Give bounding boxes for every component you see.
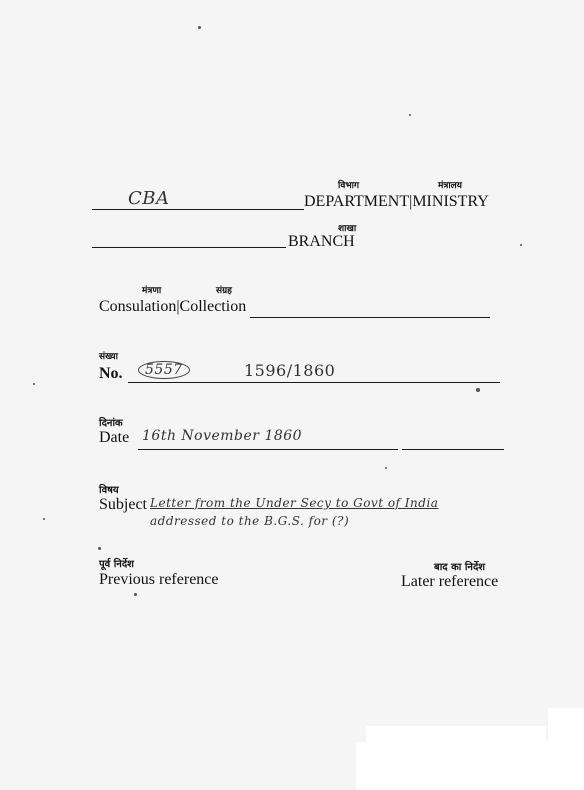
whiteout-patch [548, 708, 584, 748]
scan-speck [33, 383, 35, 385]
subject-hindi-label: विषय [99, 482, 119, 496]
scan-speck [476, 388, 480, 392]
consultation-collection-label: Consulation|Collection [99, 298, 246, 316]
subject-value-line2: addressed to the B.G.S. for (?) [150, 514, 349, 528]
whiteout-patch [356, 742, 584, 790]
consultation-underline [250, 317, 490, 318]
scan-speck [43, 518, 45, 520]
scan-speck [520, 244, 522, 246]
department-ministry-label: DEPARTMENT|MINISTRY [304, 193, 489, 211]
scan-speck [198, 26, 201, 29]
number-value: 1596/1860 [244, 361, 335, 380]
date-label: Date [99, 429, 129, 447]
whiteout-patch [366, 726, 546, 746]
scan-speck [98, 547, 101, 550]
department-underline [92, 209, 304, 210]
number-label: No. [99, 365, 123, 383]
collection-hindi-label: संग्रह [216, 283, 232, 296]
previous-reference-label: Previous reference [99, 571, 219, 589]
number-underline [128, 382, 500, 383]
previous-reference-hindi-label: पूर्व निर्देश [99, 556, 134, 570]
number-hindi-label: संख्या [99, 349, 118, 362]
date-hindi-label: दिनांक [99, 415, 123, 429]
later-reference-hindi-label: बाद का निर्देश [434, 559, 485, 573]
date-underline-2 [402, 449, 504, 450]
department-hindi-label: विभाग [338, 178, 359, 191]
file-cover-page: CBA विभाग मंत्रालय DEPARTMENT|MINISTRY श… [0, 0, 584, 790]
later-reference-label: Later reference [401, 573, 498, 591]
department-value: CBA [128, 188, 170, 209]
subject-value-line1: Letter from the Under Secy to Govt of In… [150, 496, 438, 510]
consultation-hindi-label: मंत्रणा [142, 283, 161, 296]
scan-speck [409, 114, 411, 116]
date-value: 16th November 1860 [142, 428, 302, 444]
scan-speck [134, 593, 137, 596]
date-underline [138, 449, 398, 450]
ministry-hindi-label: मंत्रालय [438, 178, 462, 191]
branch-underline [92, 247, 286, 248]
number-circled-value: 5557 [138, 361, 190, 379]
branch-label: BRANCH [288, 233, 355, 251]
scan-speck [385, 467, 387, 469]
subject-label: Subject [99, 496, 147, 514]
